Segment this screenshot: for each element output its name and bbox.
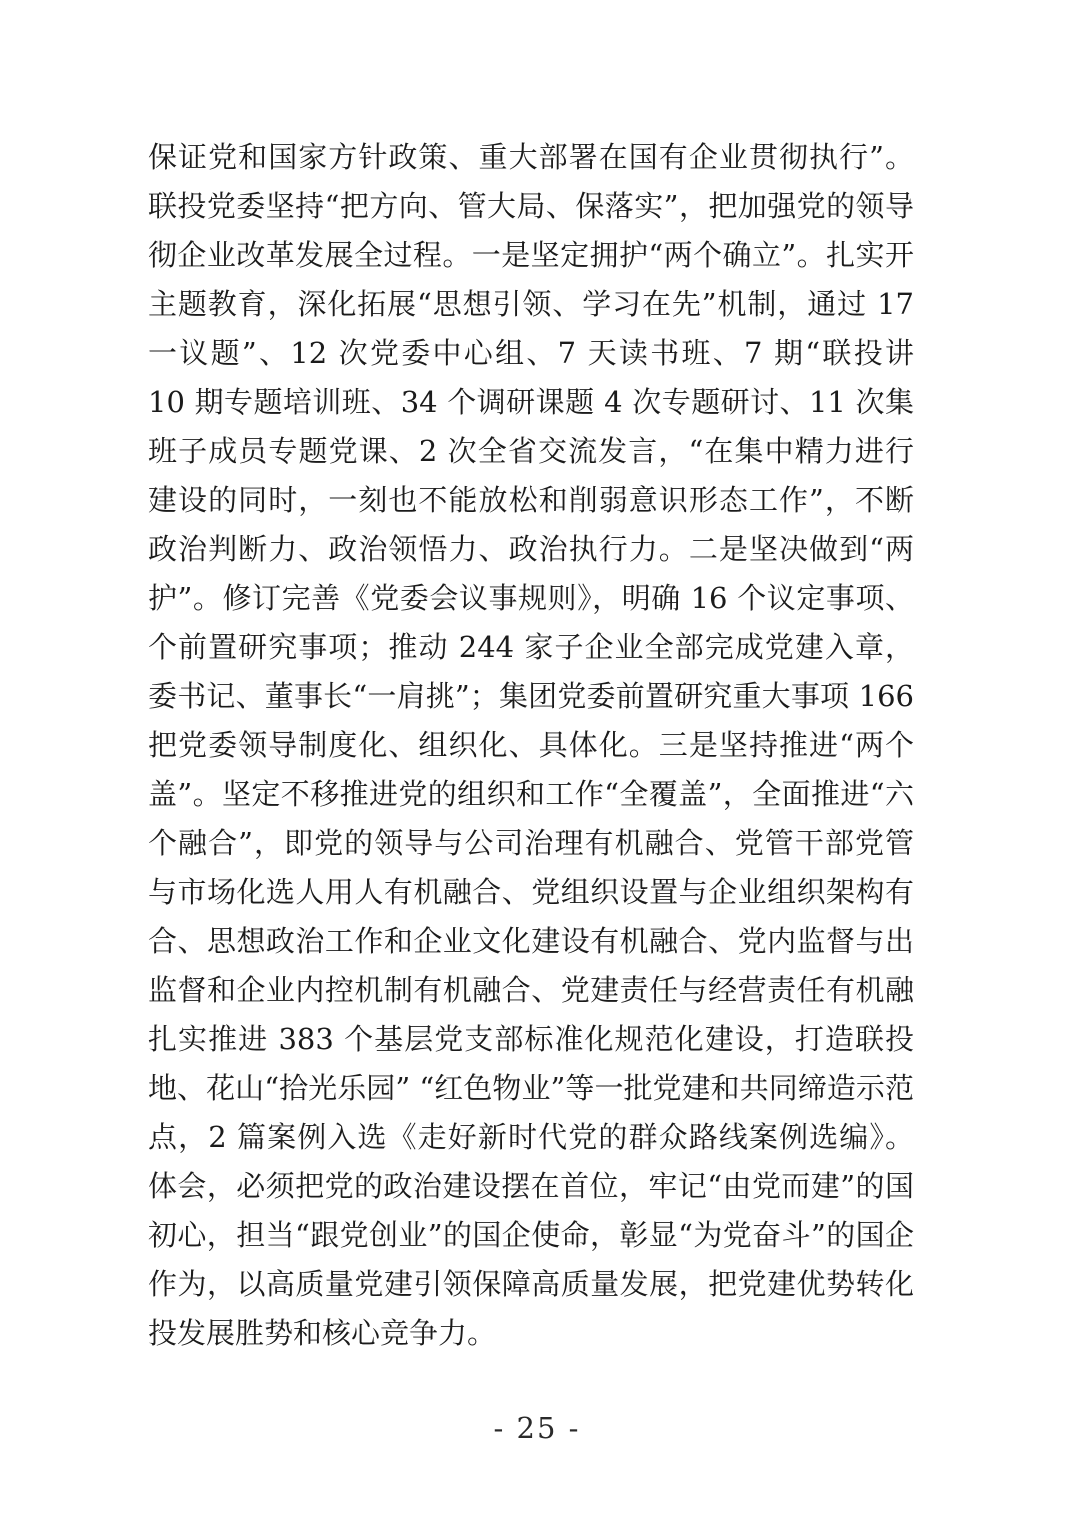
text-line: 投发展胜势和核心竞争力。 bbox=[148, 1309, 914, 1358]
text-line: 作为，以高质量党建引领保障高质量发展，把党建优势转化为联 bbox=[148, 1260, 914, 1309]
text-line: 初心，担当“跟党创业”的国企使命，彰显“为党奋斗”的国企 bbox=[148, 1211, 914, 1260]
text-line: 监督和企业内控机制有机融合、党建责任与经营责任有机融合， bbox=[148, 966, 914, 1015]
text-line: 班子成员专题党课、2 次全省交流发言，“在集中精力进行经济 bbox=[148, 427, 914, 476]
text-line: 地、花山“拾光乐园” “红色物业”等一批党建和共同缔造示范 bbox=[148, 1064, 914, 1113]
body-text: 保证党和国家方针政策、重大部署在国有企业贯彻执行”。湖北 联投党委坚持“把方向、… bbox=[148, 133, 914, 1358]
text-line: 10 期专题培训班、34 个调研课题 4 次专题研讨、11 次集团领导 bbox=[148, 378, 914, 427]
text-line: 扎实推进 383 个基层党支部标准化规范化建设，打造联投党建基 bbox=[148, 1015, 914, 1064]
page-number: - 25 - bbox=[0, 1404, 1074, 1453]
text-line: 个融合”，即党的领导与公司治理有机融合、党管干部党管人才 bbox=[148, 819, 914, 868]
text-line: 与市场化选人用人有机融合、党组织设置与企业组织架构有机融 bbox=[148, 868, 914, 917]
text-line: 护”。修订完善《党委会议事规则》，明确 16 个议定事项、85 bbox=[148, 574, 914, 623]
text-line: 政治判断力、政治领悟力、政治执行力。二是坚决做到“两个维 bbox=[148, 525, 914, 574]
text-line: 保证党和国家方针政策、重大部署在国有企业贯彻执行”。湖北 bbox=[148, 133, 914, 182]
text-line: 建设的同时，一刻也不能放松和削弱意识形态工作”，不断提高 bbox=[148, 476, 914, 525]
text-line: 点，2 篇案例入选《走好新时代党的群众路线案例选编》。我们 bbox=[148, 1113, 914, 1162]
text-line: 彻企业改革发展全过程。一是坚定拥护“两个确立”。扎实开展 bbox=[148, 231, 914, 280]
text-line: 主题教育，深化拓展“思想引领、学习在先”机制，通过 17 次“第 bbox=[148, 280, 914, 329]
text-line: 一议题”、12 次党委中心组、7 天读书班、7 期“联投讲堂”、 bbox=[148, 329, 914, 378]
text-line: 联投党委坚持“把方向、管大局、保落实”，把加强党的领导贯 bbox=[148, 182, 914, 231]
text-line: 把党委领导制度化、组织化、具体化。三是坚持推进“两个全覆 bbox=[148, 721, 914, 770]
text-line: 个前置研究事项；推动 244 家子企业全部完成党建入章，实现党 bbox=[148, 623, 914, 672]
text-line: 体会，必须把党的政治建设摆在首位，牢记“由党而建”的国企 bbox=[148, 1162, 914, 1211]
text-line: 盖”。坚定不移推进党的组织和工作“全覆盖”，全面推进“六 bbox=[148, 770, 914, 819]
document-page: 保证党和国家方针政策、重大部署在国有企业贯彻执行”。湖北 联投党委坚持“把方向、… bbox=[0, 0, 1074, 1520]
text-line: 合、思想政治工作和企业文化建设有机融合、党内监督与出资人 bbox=[148, 917, 914, 966]
text-line: 委书记、董事长“一肩挑”；集团党委前置研究重大事项 166 个， bbox=[148, 672, 914, 721]
